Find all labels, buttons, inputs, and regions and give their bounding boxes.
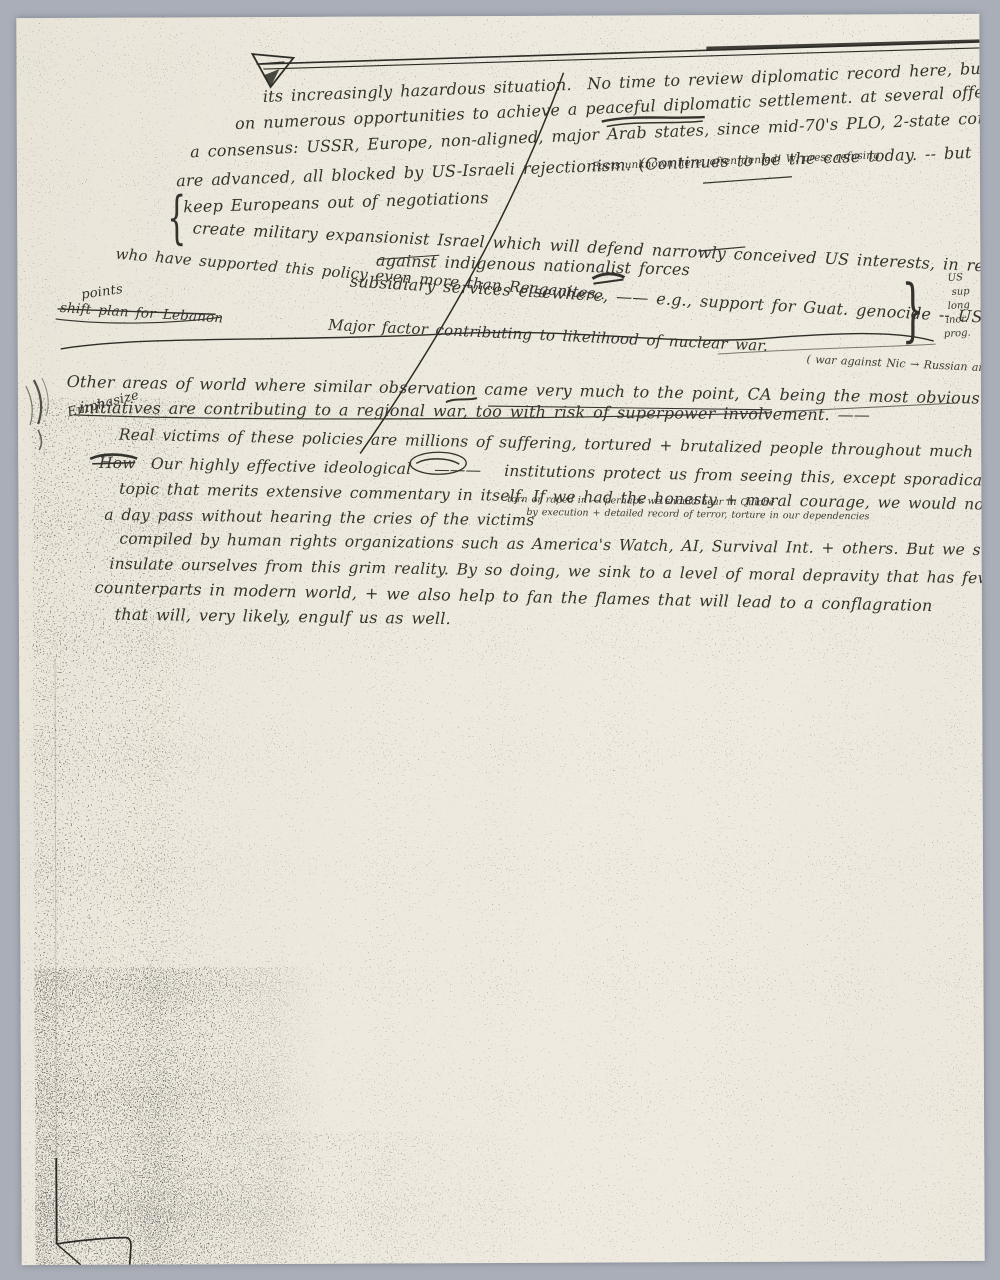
ink-marks-layer [16, 14, 984, 1265]
edge-note-stack-word: sup [951, 287, 970, 299]
edge-note-stack-word: long [948, 301, 971, 313]
speckle-noise-overall [16, 14, 984, 1265]
scanned-page-background: { "manuscript": { "description": "Photoc… [0, 0, 1000, 1280]
edge-note-stack-word: incr. [946, 315, 969, 327]
edge-note-stack-word: prog. [944, 329, 971, 341]
edge-note-stack-word: US [947, 273, 963, 284]
paper-sheet: its increasingly hazardous situation. No… [16, 14, 984, 1265]
left-brace-mark: { [167, 189, 187, 249]
right-brace-mark: } [901, 276, 924, 348]
